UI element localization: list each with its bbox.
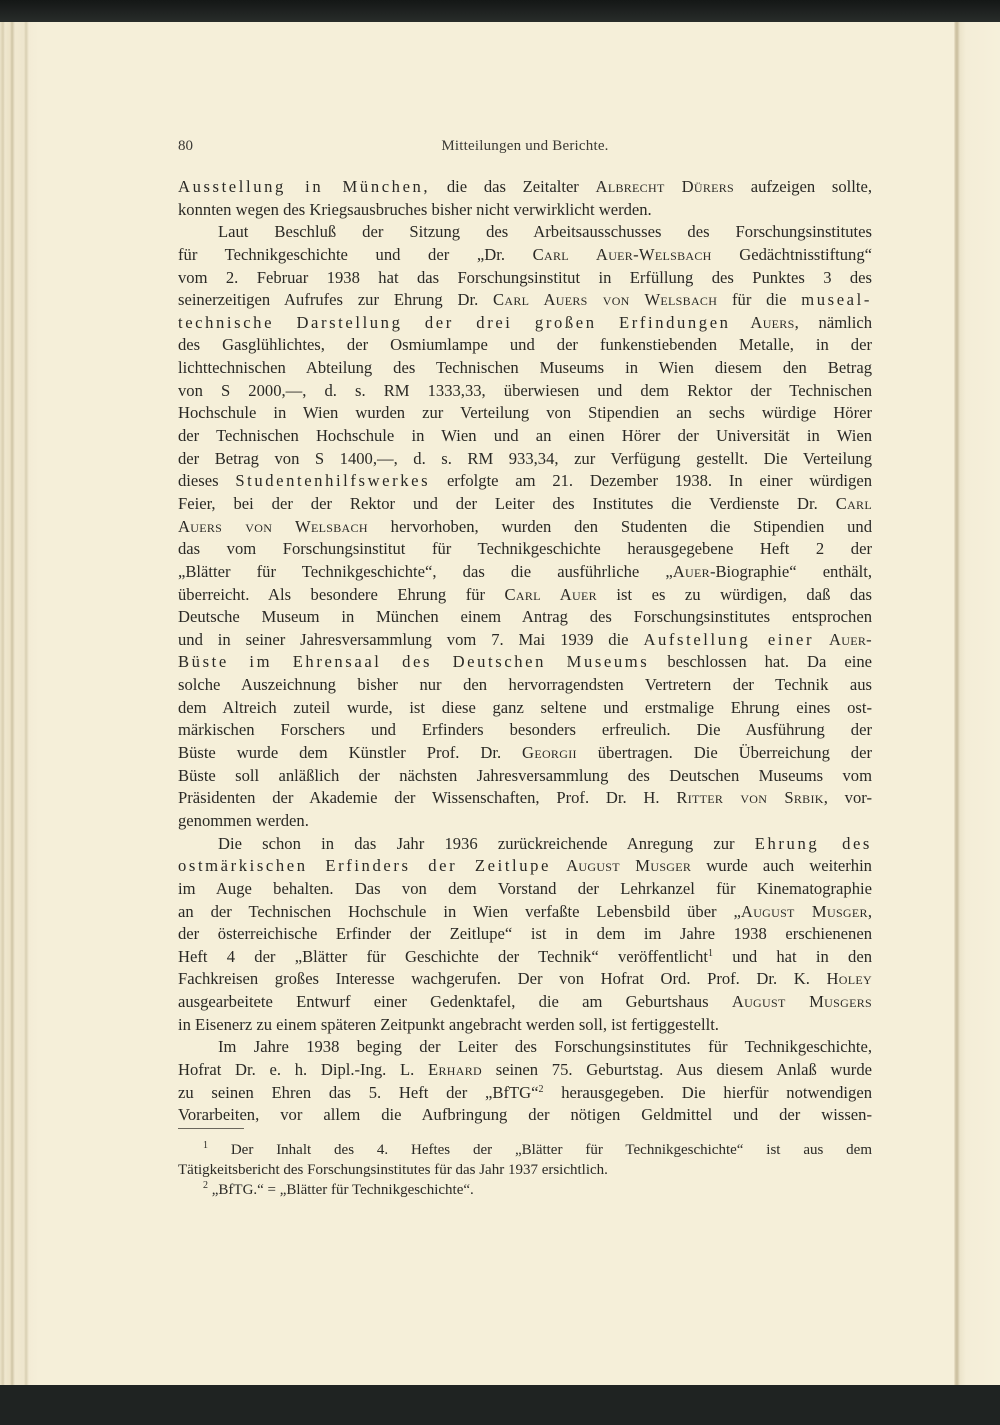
- text-run: die das Zeitalter: [430, 177, 595, 196]
- spaced-emphasis: museal-: [801, 290, 872, 309]
- small-caps-name: Albrecht Dürers: [596, 177, 735, 196]
- text-line: ausgearbeitete Entwurf einer Gedenktafel…: [178, 991, 872, 1014]
- text-run: von S 2000,—, d. s. RM 1333,33, überwies…: [178, 381, 872, 400]
- text-line: Laut Beschluß der Sitzung des Arbeitsaus…: [178, 221, 872, 244]
- body-text: Ausstellung in München, die das Zeitalte…: [178, 176, 872, 1127]
- text-run: für Technikgeschichte und der „Dr.: [178, 245, 533, 264]
- text-run: und in seiner Jahresversammlung vom 7. M…: [178, 630, 643, 649]
- small-caps-name: Holey: [827, 969, 872, 988]
- text-run: Fachkreisen großes Interesse wachgerufen…: [178, 969, 827, 988]
- text-run: ,: [868, 902, 872, 921]
- spaced-emphasis: Ehrung des: [755, 834, 872, 853]
- text-run: überreicht. Als besondere Ehrung für: [178, 585, 505, 604]
- text-run: Die schon in das Jahr 1936 zurückreichen…: [218, 834, 755, 853]
- text-run: der österreichische Erfinder der Zeitlup…: [178, 924, 872, 943]
- text-run: solche Auszeichnung bisher nur den hervo…: [178, 675, 872, 694]
- text-line: seinerzeitigen Aufrufes zur Ehrung Dr. C…: [178, 289, 872, 312]
- text-line: überreicht. Als besondere Ehrung für Car…: [178, 584, 872, 607]
- small-caps-name: Auers: [750, 313, 794, 332]
- small-caps-name: August Musgers: [732, 992, 872, 1011]
- text-line: in Eisenerz zu einem späteren Zeitpunkt …: [178, 1014, 872, 1037]
- text-run: wurde auch weiterhin: [691, 856, 872, 875]
- text-run: an der Technischen Hochschule in Wien ve…: [178, 902, 741, 921]
- spaced-emphasis: Studentenhilfswerkes: [235, 471, 430, 490]
- footnote-rule: [178, 1128, 244, 1129]
- text-run: „BfTG.“ = „Blätter für Technikgeschichte…: [208, 1182, 474, 1198]
- text-line: das vom Forschungsinstitut für Technikge…: [178, 538, 872, 561]
- text-run: Hochschule in Wien wurden zur Verteilung…: [178, 403, 872, 422]
- text-run: Heft 4 der „Blätter für Geschichte der T…: [178, 947, 708, 966]
- text-run: Büste soll anläßlich der nächsten Jahres…: [178, 766, 872, 785]
- text-line: der Technischen Hochschule in Wien und a…: [178, 425, 872, 448]
- text-line: lichttechnischen Abteilung des Technisch…: [178, 357, 872, 380]
- text-run: Feier, bei der der Rektor und der Leiter…: [178, 494, 836, 513]
- text-line: dieses Studentenhilfswerkes erfolgte am …: [178, 470, 872, 493]
- text-run: vom 2. Februar 1938 hat das Forschungsin…: [178, 268, 872, 287]
- spaced-emphasis: technische Darstellung der drei großen E…: [178, 313, 731, 332]
- text-run: Hofrat Dr. e. h. Dipl.-Ing. L.: [178, 1060, 428, 1079]
- footnote-line: Tätigkeitsbericht des Forschungsinstitut…: [178, 1160, 872, 1180]
- text-run: dem Altreich zuteil wurde, ist diese gan…: [178, 698, 872, 717]
- text-run: dieses: [178, 471, 235, 490]
- text-line: vom 2. Februar 1938 hat das Forschungsin…: [178, 267, 872, 290]
- small-caps-name: Auer-: [829, 630, 872, 649]
- text-line: Feier, bei der der Rektor und der Leiter…: [178, 493, 872, 516]
- text-line: im Auge behalten. Das von dem Vorstand d…: [178, 878, 872, 901]
- text-line: technische Darstellung der drei großen E…: [178, 312, 872, 335]
- text-run: Gedächtnisstiftung“: [712, 245, 872, 264]
- text-line: von S 2000,—, d. s. RM 1333,33, überwies…: [178, 380, 872, 403]
- text-line: dem Altreich zuteil wurde, ist diese gan…: [178, 697, 872, 720]
- text-line: Präsidenten der Akademie der Wissenschaf…: [178, 787, 872, 810]
- text-run: zu seinen Ehren das 5. Heft der „BfTG“: [178, 1083, 539, 1102]
- text-run: erfolgte am 21. Dezember 1938. In einer …: [430, 471, 872, 490]
- small-caps-name: Erhard: [428, 1060, 482, 1079]
- text-line: Hofrat Dr. e. h. Dipl.-Ing. L. Erhard se…: [178, 1059, 872, 1082]
- spaced-emphasis: Ausstellung in München,: [178, 177, 430, 196]
- text-run: und hat in den: [713, 947, 872, 966]
- running-head: 80 Mitteilungen und Berichte.: [178, 138, 872, 158]
- text-run: übertragen. Die Überreichung der: [577, 743, 872, 762]
- text-run: ist es zu würdigen, daß das: [597, 585, 872, 604]
- text-line: der Betrag von S 1400,—, d. s. RM 933,34…: [178, 448, 872, 471]
- text-line: und in seiner Jahresversammlung vom 7. M…: [178, 629, 872, 652]
- text-run: , nämlich: [795, 313, 872, 332]
- footnote-line: 1 Der Inhalt des 4. Heftes der „Blätter …: [178, 1140, 872, 1160]
- text-run: Vorarbeiten, vor allem die Aufbringung d…: [178, 1105, 872, 1124]
- text-run: ausgearbeitete Entwurf einer Gedenktafel…: [178, 992, 732, 1011]
- text-line: solche Auszeichnung bisher nur den hervo…: [178, 674, 872, 697]
- text-line: genommen werden.: [178, 810, 872, 833]
- text-line: Im Jahre 1938 beging der Leiter des Fors…: [178, 1036, 872, 1059]
- small-caps-name: Carl: [836, 494, 872, 513]
- text-run: [551, 856, 566, 875]
- text-run: seinen 75. Geburtstag. Aus diesem Anlaß …: [482, 1060, 872, 1079]
- spaced-emphasis: Büste im Ehrensaal des Deutschen Museums: [178, 652, 649, 671]
- small-caps-name: August Musger: [741, 902, 868, 921]
- small-caps-name: Auer: [673, 562, 710, 581]
- text-run: Präsidenten der Akademie der Wissenschaf…: [178, 788, 676, 807]
- footnotes: 1 Der Inhalt des 4. Heftes der „Blätter …: [178, 1140, 872, 1200]
- text-run: [814, 630, 829, 649]
- text-line: Vorarbeiten, vor allem die Aufbringung d…: [178, 1104, 872, 1127]
- text-run: der Technischen Hochschule in Wien und a…: [178, 426, 872, 445]
- text-run: Laut Beschluß der Sitzung des Arbeitsaus…: [218, 222, 872, 241]
- text-line: konnten wegen des Kriegsausbruches bishe…: [178, 199, 872, 222]
- small-caps-name: Ritter von Srbik: [676, 788, 823, 807]
- text-line: zu seinen Ehren das 5. Heft der „BfTG“2 …: [178, 1082, 872, 1105]
- small-caps-name: Auers von Welsbach: [178, 517, 368, 536]
- text-run: Der Inhalt des 4. Heftes der „Blätter fü…: [208, 1142, 872, 1158]
- small-caps-name: Georgii: [522, 743, 577, 762]
- text-line: „Blätter für Technikgeschichte“, das die…: [178, 561, 872, 584]
- text-run: „Blätter für Technikgeschichte“, das die…: [178, 562, 673, 581]
- text-run: herausgegeben. Die hierfür notwendigen: [544, 1083, 873, 1102]
- spaced-emphasis: Aufstellung einer: [643, 630, 814, 649]
- text-line: Auers von Welsbach hervorhoben, wurden d…: [178, 516, 872, 539]
- text-run: hervorhoben, wurden den Studenten die St…: [368, 517, 872, 536]
- text-line: Fachkreisen großes Interesse wachgerufen…: [178, 968, 872, 991]
- text-run: Im Jahre 1938 beging der Leiter des Fors…: [218, 1037, 872, 1056]
- small-caps-name: Carl Auers von Welsbach: [493, 290, 717, 309]
- spaced-emphasis: ostmärkischen Erfinders der Zeitlupe: [178, 856, 551, 875]
- text-run: lichttechnischen Abteilung des Technisch…: [178, 358, 872, 377]
- text-run: [731, 313, 751, 332]
- text-line: für Technikgeschichte und der „Dr. Carl …: [178, 244, 872, 267]
- text-line: Büste soll anläßlich der nächsten Jahres…: [178, 765, 872, 788]
- running-head-title: Mitteilungen und Berichte.: [178, 138, 872, 155]
- text-run: aufzeigen sollte,: [734, 177, 872, 196]
- text-run: Deutsche Museum in München einem Antrag …: [178, 607, 872, 626]
- text-line: Büste im Ehrensaal des Deutschen Museums…: [178, 651, 872, 674]
- text-run: märkischen Forschers und Erfinders beson…: [178, 720, 872, 739]
- text-line: Hochschule in Wien wurden zur Verteilung…: [178, 402, 872, 425]
- text-run: seinerzeitigen Aufrufes zur Ehrung Dr.: [178, 290, 493, 309]
- text-run: im Auge behalten. Das von dem Vorstand d…: [178, 879, 872, 898]
- text-run: Büste wurde dem Künstler Prof. Dr.: [178, 743, 522, 762]
- text-line: Büste wurde dem Künstler Prof. Dr. Georg…: [178, 742, 872, 765]
- text-run: der Betrag von S 1400,—, d. s. RM 933,34…: [178, 449, 872, 468]
- scan-background-bottom: [0, 1385, 1000, 1425]
- footnote-line: 2 „BfTG.“ = „Blätter für Technikgeschich…: [178, 1180, 872, 1200]
- page-binding-edge: [0, 22, 38, 1398]
- scan-background-top: [0, 0, 1000, 24]
- page-fold-edge: [954, 22, 1000, 1398]
- text-run: -Biographie“ enthält,: [710, 562, 872, 581]
- small-caps-name: Carl Auer: [505, 585, 597, 604]
- text-run: konnten wegen des Kriegsausbruches bishe…: [178, 200, 652, 219]
- text-line: Ausstellung in München, die das Zeitalte…: [178, 176, 872, 199]
- small-caps-name: August Musger: [566, 856, 691, 875]
- text-line: Deutsche Museum in München einem Antrag …: [178, 606, 872, 629]
- text-line: Die schon in das Jahr 1936 zurückreichen…: [178, 833, 872, 856]
- text-line: des Gasglühlichtes, der Osmiumlampe und …: [178, 334, 872, 357]
- text-line: ostmärkischen Erfinders der Zeitlupe Aug…: [178, 855, 872, 878]
- book-page: 80 Mitteilungen und Berichte. Ausstellun…: [0, 22, 1000, 1398]
- text-run: , vor-: [824, 788, 872, 807]
- text-run: genommen werden.: [178, 811, 309, 830]
- text-run: Tätigkeitsbericht des Forschungsinstitut…: [178, 1162, 608, 1178]
- text-line: märkischen Forschers und Erfinders beson…: [178, 719, 872, 742]
- small-caps-name: Carl Auer-Welsbach: [533, 245, 712, 264]
- text-line: an der Technischen Hochschule in Wien ve…: [178, 901, 872, 924]
- text-run: in Eisenerz zu einem späteren Zeitpunkt …: [178, 1015, 719, 1034]
- text-run: das vom Forschungsinstitut für Technikge…: [178, 539, 872, 558]
- text-line: der österreichische Erfinder der Zeitlup…: [178, 923, 872, 946]
- text-run: des Gasglühlichtes, der Osmiumlampe und …: [178, 335, 872, 354]
- text-run: für die: [717, 290, 801, 309]
- text-run: beschlossen hat. Da eine: [649, 652, 872, 671]
- text-line: Heft 4 der „Blätter für Geschichte der T…: [178, 946, 872, 969]
